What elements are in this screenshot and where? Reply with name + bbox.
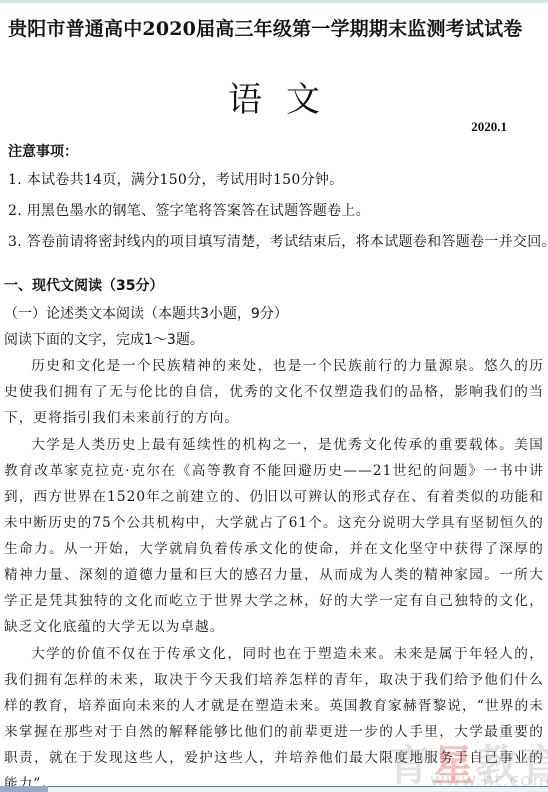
reading-passage: 历史和文化是一个民族精神的来处，也是一个民族前行的力量源泉。悠久的历史使我们拥有… bbox=[4, 353, 544, 792]
bottom-strip-tab bbox=[0, 786, 48, 792]
top-edge-divider bbox=[0, 0, 548, 3]
section-heading: 一、现代文阅读（35分） bbox=[4, 275, 163, 295]
notice-heading: 注意事项： bbox=[8, 141, 78, 161]
subject-title: 语文 bbox=[0, 72, 548, 121]
passage-paragraph: 大学是人类历史上最有延续性的机构之一，是优秀文化传承的重要载体。美国教育改革家克… bbox=[4, 432, 544, 640]
exam-date: 2020.1 bbox=[471, 119, 507, 135]
subsection-heading: （一）论述类文本阅读（本题共3小题，9分） bbox=[4, 303, 288, 323]
notice-item: 3. 答卷前请将密封线内的项目填写清楚，考试结束后，将本试题卷和答题卷一并交回。 bbox=[8, 232, 548, 263]
notice-item: 1. 本试卷共14页，满分150分，考试用时150分钟。 bbox=[8, 170, 548, 201]
passage-paragraph: 历史和文化是一个民族精神的来处，也是一个民族前行的力量源泉。悠久的历史使我们拥有… bbox=[4, 353, 544, 431]
notice-list: 1. 本试卷共14页，满分150分，考试用时150分钟。 2. 用黑色墨水的钢笔… bbox=[8, 170, 548, 263]
reading-instruction: 阅读下面的文字，完成1～3题。 bbox=[4, 329, 204, 349]
exam-title: 贵阳市普通高中2020届高三年级第一学期期末监测考试试卷 bbox=[8, 14, 548, 41]
notice-item: 2. 用黑色墨水的钢笔、签字笔将答案答在试题答题卷上。 bbox=[8, 201, 548, 232]
passage-paragraph: 大学的价值不仅在于传承文化，同时也在于塑造未来。未来是属于年轻人的，我们拥有怎样… bbox=[4, 641, 544, 792]
exam-page: 贵阳市普通高中2020届高三年级第一学期期末监测考试试卷 语文 2020.1 注… bbox=[0, 0, 548, 792]
bottom-strip bbox=[0, 786, 548, 792]
